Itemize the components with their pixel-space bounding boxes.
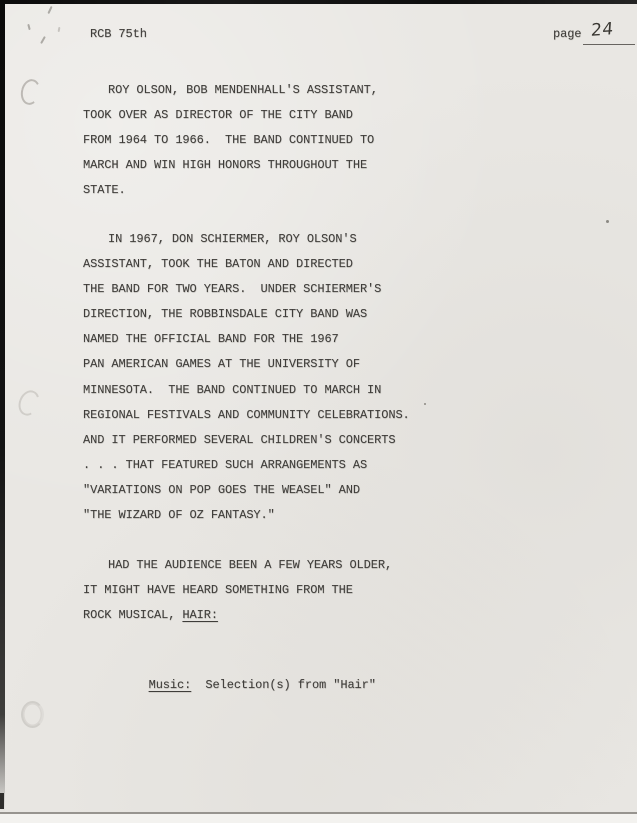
text-line: "THE WIZARD OF OZ FANTASY." [83,503,410,528]
text-line: ROY OLSON, BOB MENDENHALL'S ASSISTANT, [83,78,378,103]
page-label: page [553,27,581,41]
text-line: IT MIGHT HAVE HEARD SOMETHING FROM THE [83,578,392,603]
scan-speck [606,220,609,223]
scan-edge-top [0,0,637,4]
scan-edge-left [0,0,5,812]
music-cue-text: Selection(s) from "Hair" [191,678,376,692]
text-line: AND IT PERFORMED SEVERAL CHILDREN'S CONC… [83,428,410,453]
text-line: REGIONAL FESTIVALS AND COMMUNITY CELEBRA… [83,403,410,428]
scan-background-strip [0,814,637,823]
text-segment: ROCK MUSICAL, [83,608,182,622]
hole-punch-mark [19,77,43,106]
text-line: STATE. [83,178,378,203]
text-line: MINNESOTA. THE BAND CONTINUED TO MARCH I… [83,378,410,403]
underlined-title: HAIR: [182,608,218,622]
text-line: PAN AMERICAN GAMES AT THE UNIVERSITY OF [83,352,410,377]
text-line: MARCH AND WIN HIGH HONORS THROUGHOUT THE [83,153,378,178]
scan-speck [424,403,426,405]
text-line: THE BAND FOR TWO YEARS. UNDER SCHIERMER'… [83,277,410,302]
text-line: TOOK OVER AS DIRECTOR OF THE CITY BAND [83,103,378,128]
text-line: NAMED THE OFFICIAL BAND FOR THE 1967 [83,327,410,352]
text-line: DIRECTION, THE ROBBINSDALE CITY BAND WAS [83,302,410,327]
page-number-underline [583,44,635,45]
handwritten-page-number: 24 [590,19,614,41]
text-line: ASSISTANT, TOOK THE BATON AND DIRECTED [83,252,410,277]
text-line: ROCK MUSICAL, HAIR: [83,603,392,628]
hole-punch-mark [15,387,43,419]
document-reference: RCB 75th [90,27,147,41]
scanned-document-page: RCB 75th page 24 ROY OLSON, BOB MENDENHA… [0,0,637,823]
music-cue-label: Music: [149,678,192,692]
text-line: . . . THAT FEATURED SUCH ARRANGEMENTS AS [83,453,410,478]
pencil-mark [47,6,52,14]
paragraph-3: HAD THE AUDIENCE BEEN A FEW YEARS OLDER,… [83,553,392,628]
hole-punch-mark [21,701,44,728]
scan-edge-mark [0,793,4,809]
page-header: RCB 75th page 24 [0,27,637,53]
paragraph-1: ROY OLSON, BOB MENDENHALL'S ASSISTANT, T… [83,78,378,203]
page-number-area: page 24 [553,27,637,57]
text-line: IN 1967, DON SCHIERMER, ROY OLSON'S [83,227,410,252]
text-line: FROM 1964 TO 1966. THE BAND CONTINUED TO [83,128,378,153]
text-line: HAD THE AUDIENCE BEEN A FEW YEARS OLDER, [83,553,392,578]
paragraph-2: IN 1967, DON SCHIERMER, ROY OLSON'S ASSI… [83,227,410,528]
music-cue-line: Music: Selection(s) from "Hair" [106,648,376,723]
text-line: "VARIATIONS ON POP GOES THE WEASEL" AND [83,478,410,503]
